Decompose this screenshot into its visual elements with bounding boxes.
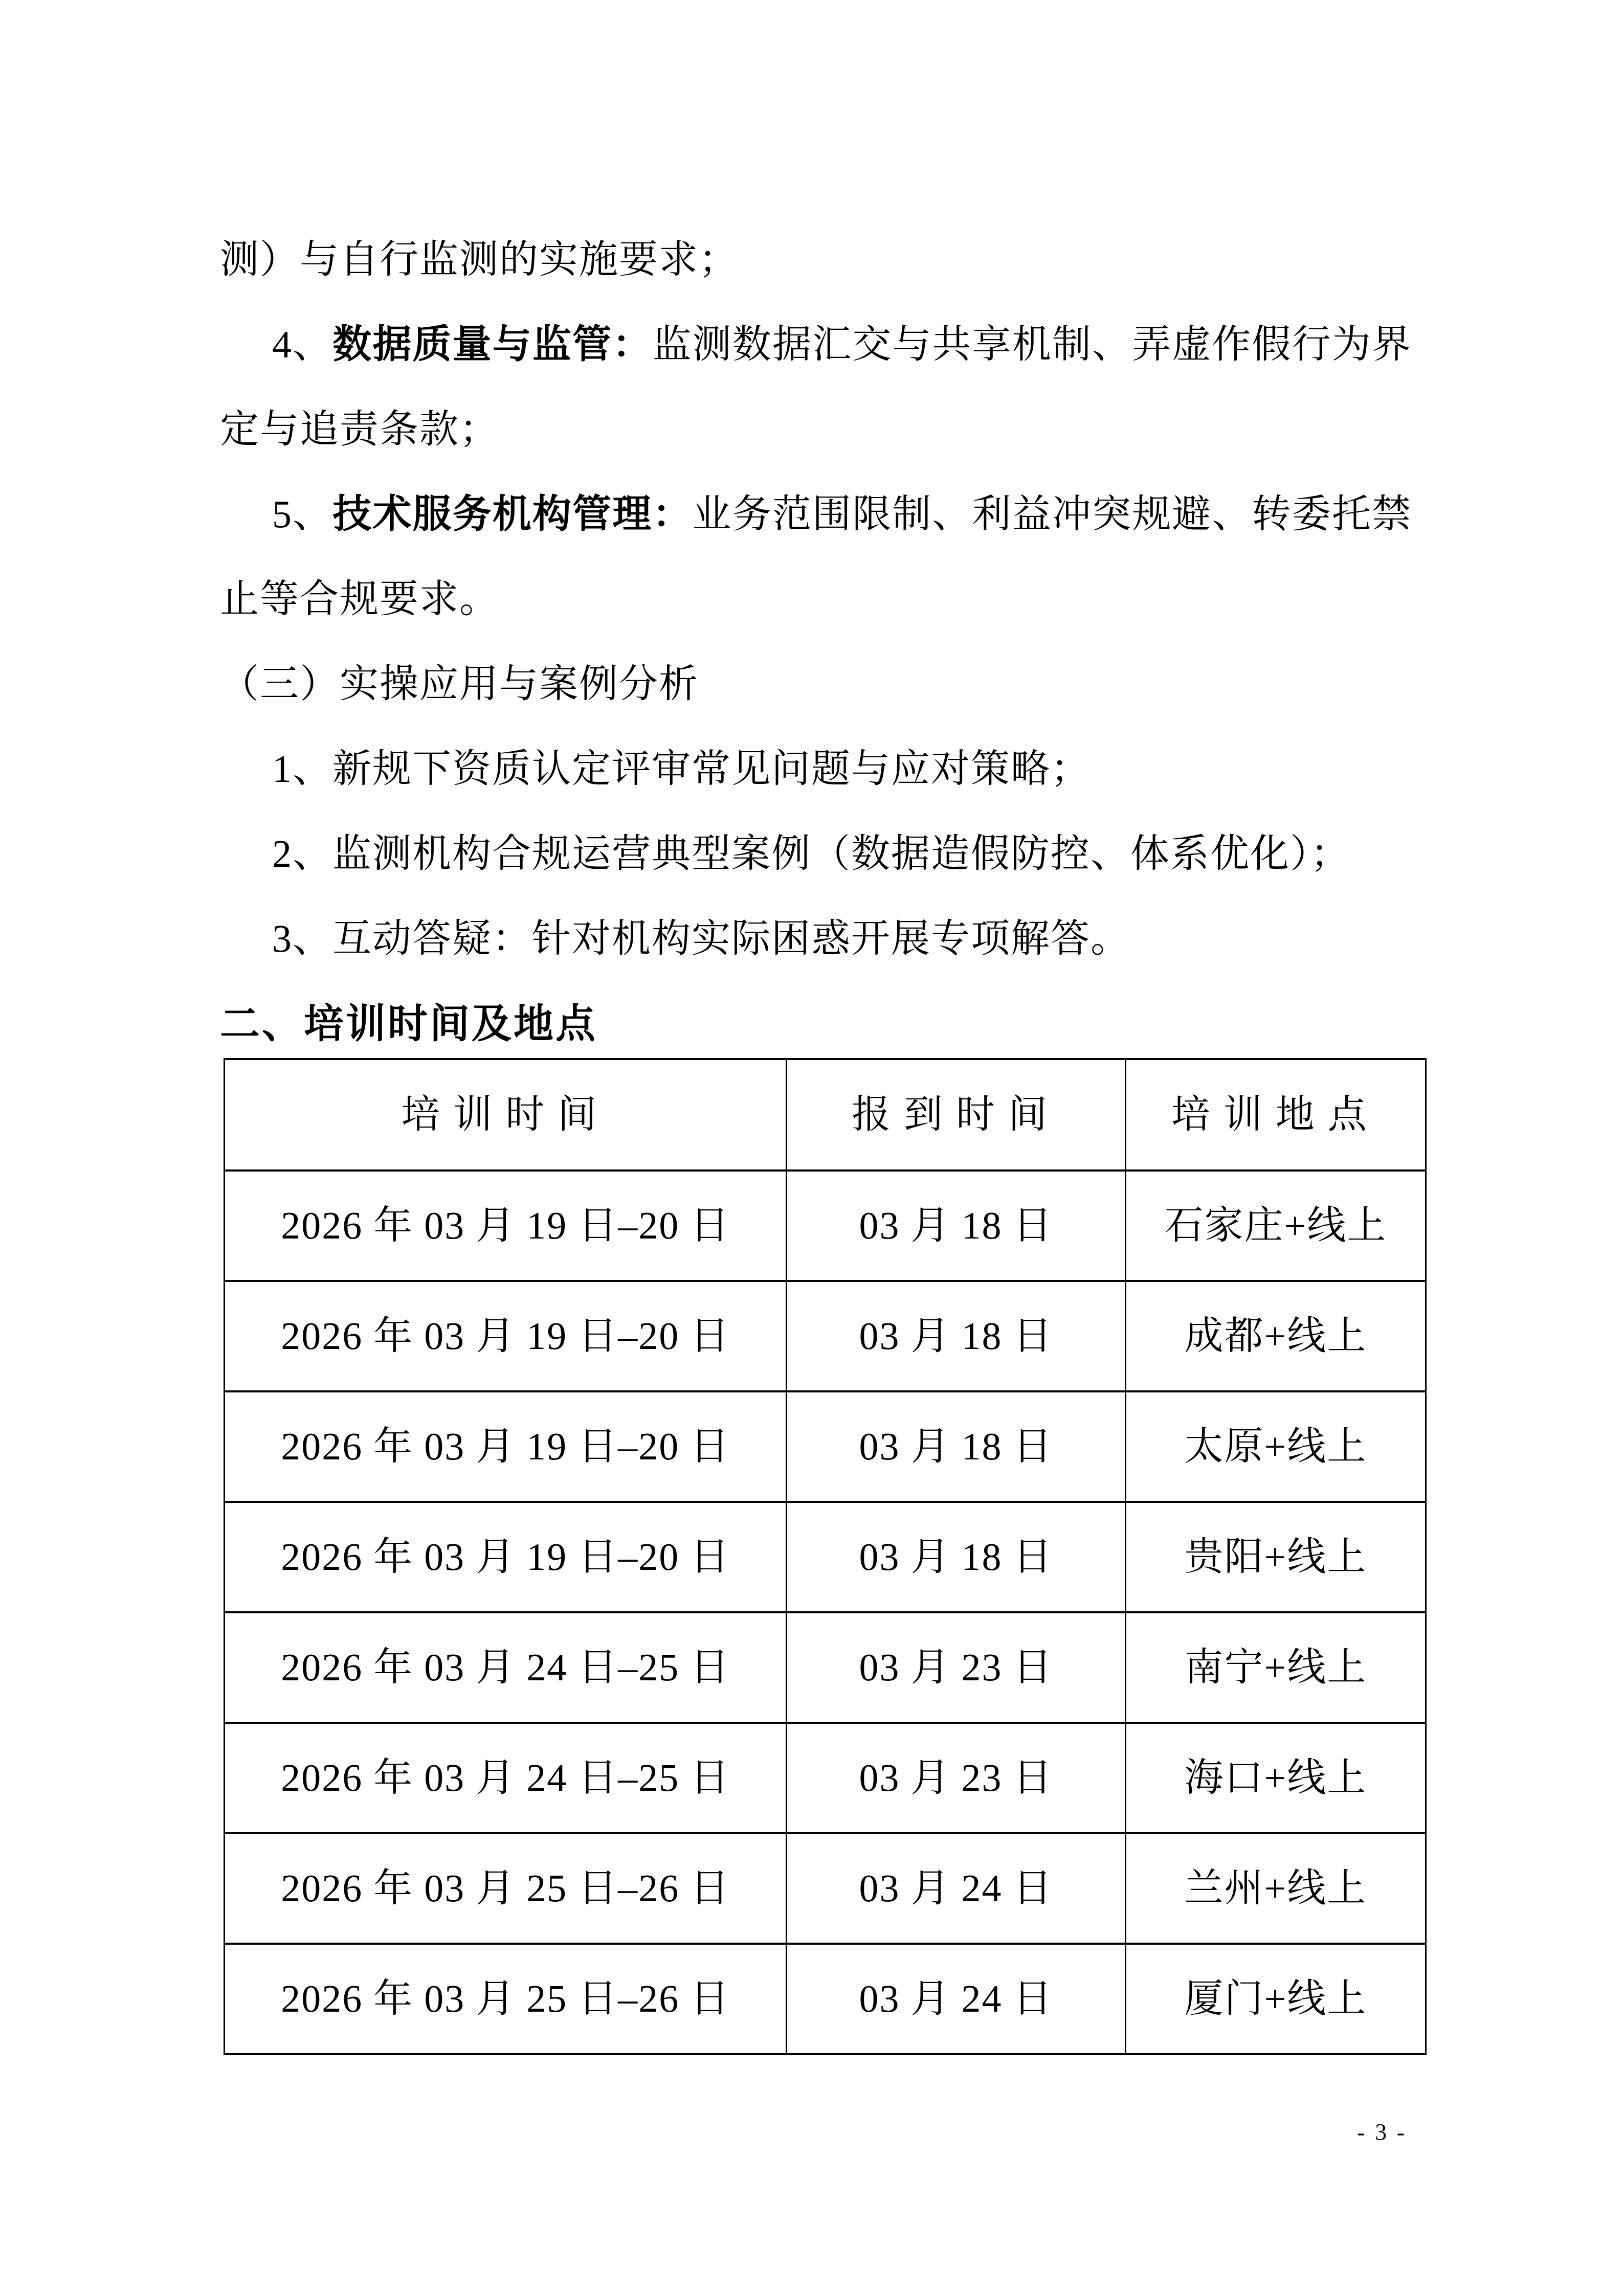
text-run: （三）实操应用与案例分析 <box>220 663 699 706</box>
cell-training-time: 2026 年 03 月 19 日–20 日 <box>225 1170 787 1281</box>
cell-location: 成都+线上 <box>1125 1281 1426 1391</box>
page-number: - 3 - <box>1357 2117 1407 2148</box>
cell-checkin-time: 03 月 23 日 <box>787 1612 1125 1723</box>
cell-location: 海口+线上 <box>1125 1723 1426 1833</box>
paragraph: 2、监测机构合规运营典型案例（数据造假防控、体系优化）； <box>220 812 1412 896</box>
table-header: 培训时间 报到时间 培训地点 <box>225 1059 1426 1170</box>
document-page: 测）与自行监测的实施要求； 4、数据质量与监管：监测数据汇交与共享机制、弄虚作假… <box>0 0 1624 2296</box>
table-header-row: 培训时间 报到时间 培训地点 <box>225 1059 1426 1170</box>
paragraph: 4、数据质量与监管：监测数据汇交与共享机制、弄虚作假行为界定与追责条款； <box>220 302 1412 472</box>
body-text-block: 测）与自行监测的实施要求； 4、数据质量与监管：监测数据汇交与共享机制、弄虚作假… <box>220 217 1412 1066</box>
cell-checkin-time: 03 月 23 日 <box>787 1723 1125 1833</box>
text-run: 5、 <box>272 493 332 536</box>
table-row: 2026 年 03 月 25 日–26 日 03 月 24 日 厦门+线上 <box>225 1944 1426 2054</box>
header-cell-checkin-time: 报到时间 <box>787 1059 1125 1170</box>
table-row: 2026 年 03 月 25 日–26 日 03 月 24 日 兰州+线上 <box>225 1833 1426 1944</box>
cell-checkin-time: 03 月 18 日 <box>787 1391 1125 1502</box>
cell-location: 太原+线上 <box>1125 1391 1426 1502</box>
cell-training-time: 2026 年 03 月 25 日–26 日 <box>225 1833 787 1944</box>
text-run: 4、 <box>272 323 332 366</box>
table-row: 2026 年 03 月 19 日–20 日 03 月 18 日 贵阳+线上 <box>225 1502 1426 1612</box>
cell-training-time: 2026 年 03 月 24 日–25 日 <box>225 1612 787 1723</box>
cell-checkin-time: 03 月 18 日 <box>787 1170 1125 1281</box>
cell-checkin-time: 03 月 24 日 <box>787 1944 1125 2054</box>
training-schedule-table: 培训时间 报到时间 培训地点 2026 年 03 月 19 日–20 日 03 … <box>224 1058 1427 2055</box>
paragraph: 测）与自行监测的实施要求； <box>220 217 1412 302</box>
cell-checkin-time: 03 月 24 日 <box>787 1833 1125 1944</box>
table-row: 2026 年 03 月 24 日–25 日 03 月 23 日 南宁+线上 <box>225 1612 1426 1723</box>
text-run: 2、监测机构合规运营典型案例（数据造假防控、体系优化）； <box>272 832 1350 875</box>
cell-location: 石家庄+线上 <box>1125 1170 1426 1281</box>
cell-location: 厦门+线上 <box>1125 1944 1426 2054</box>
cell-training-time: 2026 年 03 月 19 日–20 日 <box>225 1281 787 1391</box>
cell-location: 贵阳+线上 <box>1125 1502 1426 1612</box>
header-cell-location: 培训地点 <box>1125 1059 1426 1170</box>
table-row: 2026 年 03 月 19 日–20 日 03 月 18 日 成都+线上 <box>225 1281 1426 1391</box>
table-body: 2026 年 03 月 19 日–20 日 03 月 18 日 石家庄+线上 2… <box>225 1170 1426 2054</box>
section-heading: 二、培训时间及地点 <box>220 981 1412 1066</box>
bold-text-run: 数据质量与监管： <box>332 323 652 366</box>
text-run: 3、互动答疑：针对机构实际困惑开展专项解答。 <box>272 917 1130 960</box>
paragraph: （三）实操应用与案例分析 <box>220 642 1412 727</box>
header-cell-training-time: 培训时间 <box>225 1059 787 1170</box>
cell-training-time: 2026 年 03 月 19 日–20 日 <box>225 1502 787 1612</box>
paragraph: 5、技术服务机构管理：业务范围限制、利益冲突规避、转委托禁止等合规要求。 <box>220 472 1412 642</box>
table-row: 2026 年 03 月 19 日–20 日 03 月 18 日 太原+线上 <box>225 1391 1426 1502</box>
table-row: 2026 年 03 月 19 日–20 日 03 月 18 日 石家庄+线上 <box>225 1170 1426 1281</box>
cell-checkin-time: 03 月 18 日 <box>787 1281 1125 1391</box>
cell-location: 南宁+线上 <box>1125 1612 1426 1723</box>
paragraph: 1、新规下资质认定评审常见问题与应对策略； <box>220 727 1412 812</box>
cell-training-time: 2026 年 03 月 24 日–25 日 <box>225 1723 787 1833</box>
paragraph: 3、互动答疑：针对机构实际困惑开展专项解答。 <box>220 896 1412 981</box>
text-run: 测）与自行监测的实施要求； <box>220 238 739 281</box>
cell-training-time: 2026 年 03 月 19 日–20 日 <box>225 1391 787 1502</box>
cell-training-time: 2026 年 03 月 25 日–26 日 <box>225 1944 787 2054</box>
cell-location: 兰州+线上 <box>1125 1833 1426 1944</box>
bold-text-run: 技术服务机构管理： <box>332 492 692 536</box>
table-row: 2026 年 03 月 24 日–25 日 03 月 23 日 海口+线上 <box>225 1723 1426 1833</box>
cell-checkin-time: 03 月 18 日 <box>787 1502 1125 1612</box>
text-run: 1、新规下资质认定评审常见问题与应对策略； <box>272 748 1091 791</box>
